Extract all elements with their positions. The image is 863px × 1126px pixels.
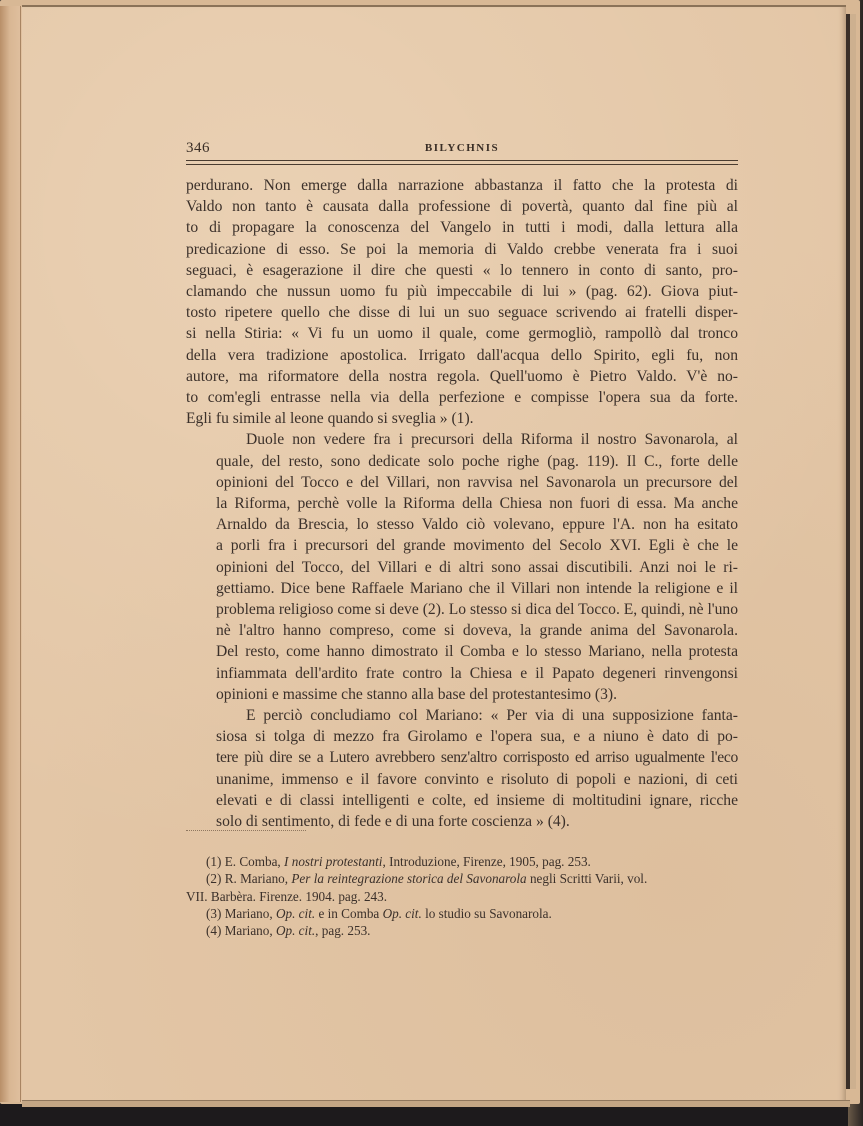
text-line: E perciò concludiamo col Mariano: « Per … (186, 705, 738, 726)
text-line: della vera tradizione apostolica. Irriga… (186, 345, 738, 366)
text-line: unanime, immenso e il favore convinto e … (186, 769, 738, 790)
text-line: siosa si tolga di mezzo fra Girolamo e l… (186, 726, 738, 747)
footnote-title: Op. cit. (383, 906, 422, 921)
text-line: autore, ma riformatore della nostra rego… (186, 366, 738, 387)
text-line: la Riforma, perchè volle la Riforma dell… (186, 493, 738, 514)
text-line: opinioni del Tocco, del Villari e di alt… (186, 557, 738, 578)
text-line: problema religioso come si deve (2). Lo … (186, 599, 738, 620)
footnote-title: Per la reintegrazione storica del Savona… (291, 871, 526, 886)
text-line: predicazione di esso. Se poi la memoria … (186, 239, 738, 260)
paragraph-3: E perciò concludiamo col Mariano: « Per … (186, 705, 738, 832)
footnote-1: (1) E. Comba, I nostri protestanti, Intr… (186, 853, 738, 870)
text-line: infiammata dell'ardito frate contro la C… (186, 663, 738, 684)
text-line: nè l'altro hanno compreso, come si dovev… (186, 620, 738, 641)
text-line: Arnaldo da Brescia, lo stesso Valdo ciò … (186, 514, 738, 535)
text-line: si nella Stiria: « Vi fu un uomo il qual… (186, 323, 738, 344)
text-line: seguaci, è esagerazione il dire che ques… (186, 260, 738, 281)
footnote-4: (4) Mariano, Op. cit., pag. 253. (186, 922, 738, 939)
text-line: tosto ripetere quello che disse di lui u… (186, 302, 738, 323)
text-line: perdurano. Non emerge dalla narrazione a… (186, 175, 738, 196)
paragraph-1: perdurano. Non emerge dalla narrazione a… (186, 175, 738, 429)
text-line: Egli fu simile al leone quando si svegli… (186, 408, 738, 429)
footnote-2-continuation: VII. Barbèra. Firenze. 1904. pag. 243. (186, 888, 738, 905)
page-left-edge (0, 6, 22, 1102)
text-line: opinioni del Tocco e del Villari, non ra… (186, 472, 738, 493)
text-line: Duole non vedere fra i precursori della … (186, 429, 738, 450)
text-line: quale, del resto, sono dedicate solo poc… (186, 451, 738, 472)
footnote-2: (2) R. Mariano, Per la reintegrazione st… (186, 870, 738, 887)
footnote-title: Op. cit. (276, 923, 315, 938)
text-line: gettiamo. Dice bene Raffaele Mariano che… (186, 578, 738, 599)
footnote-title: I nostri protestanti (284, 854, 382, 869)
text-line: tere più dire se a Lutero avrebbero senz… (186, 747, 738, 768)
body-text: perdurano. Non emerge dalla narrazione a… (186, 175, 738, 832)
footnote-title: Op. cit. (276, 906, 315, 921)
text-line: elevati e di classi intelligenti e colte… (186, 790, 738, 811)
running-title: BILYCHNIS (186, 142, 738, 154)
text-line: Valdo non tanto è causata dalla professi… (186, 196, 738, 217)
footnote-3: (3) Mariano, Op. cit. e in Comba Op. cit… (186, 905, 738, 922)
footnote-separator (186, 830, 306, 831)
header-double-rule (186, 160, 738, 165)
page-bottom-edge (22, 1100, 850, 1107)
next-page-edge (850, 14, 856, 1089)
running-header: 346 BILYCHNIS (186, 138, 738, 162)
paragraph-2: Duole non vedere fra i precursori della … (186, 429, 738, 705)
text-line: clamando che nussun uomo fu più impeccab… (186, 281, 738, 302)
text-line: a porli fra i precursori del grande movi… (186, 535, 738, 556)
text-line: Del resto, come hanno dimostrato il Comb… (186, 641, 738, 662)
footnotes: (1) E. Comba, I nostri protestanti, Intr… (186, 853, 738, 939)
text-line: opinioni e massime che stanno alla base … (186, 684, 738, 705)
text-line: to com'egli entrasse nella via della per… (186, 387, 738, 408)
text-line: to di propagare la conoscenza del Vangel… (186, 217, 738, 238)
